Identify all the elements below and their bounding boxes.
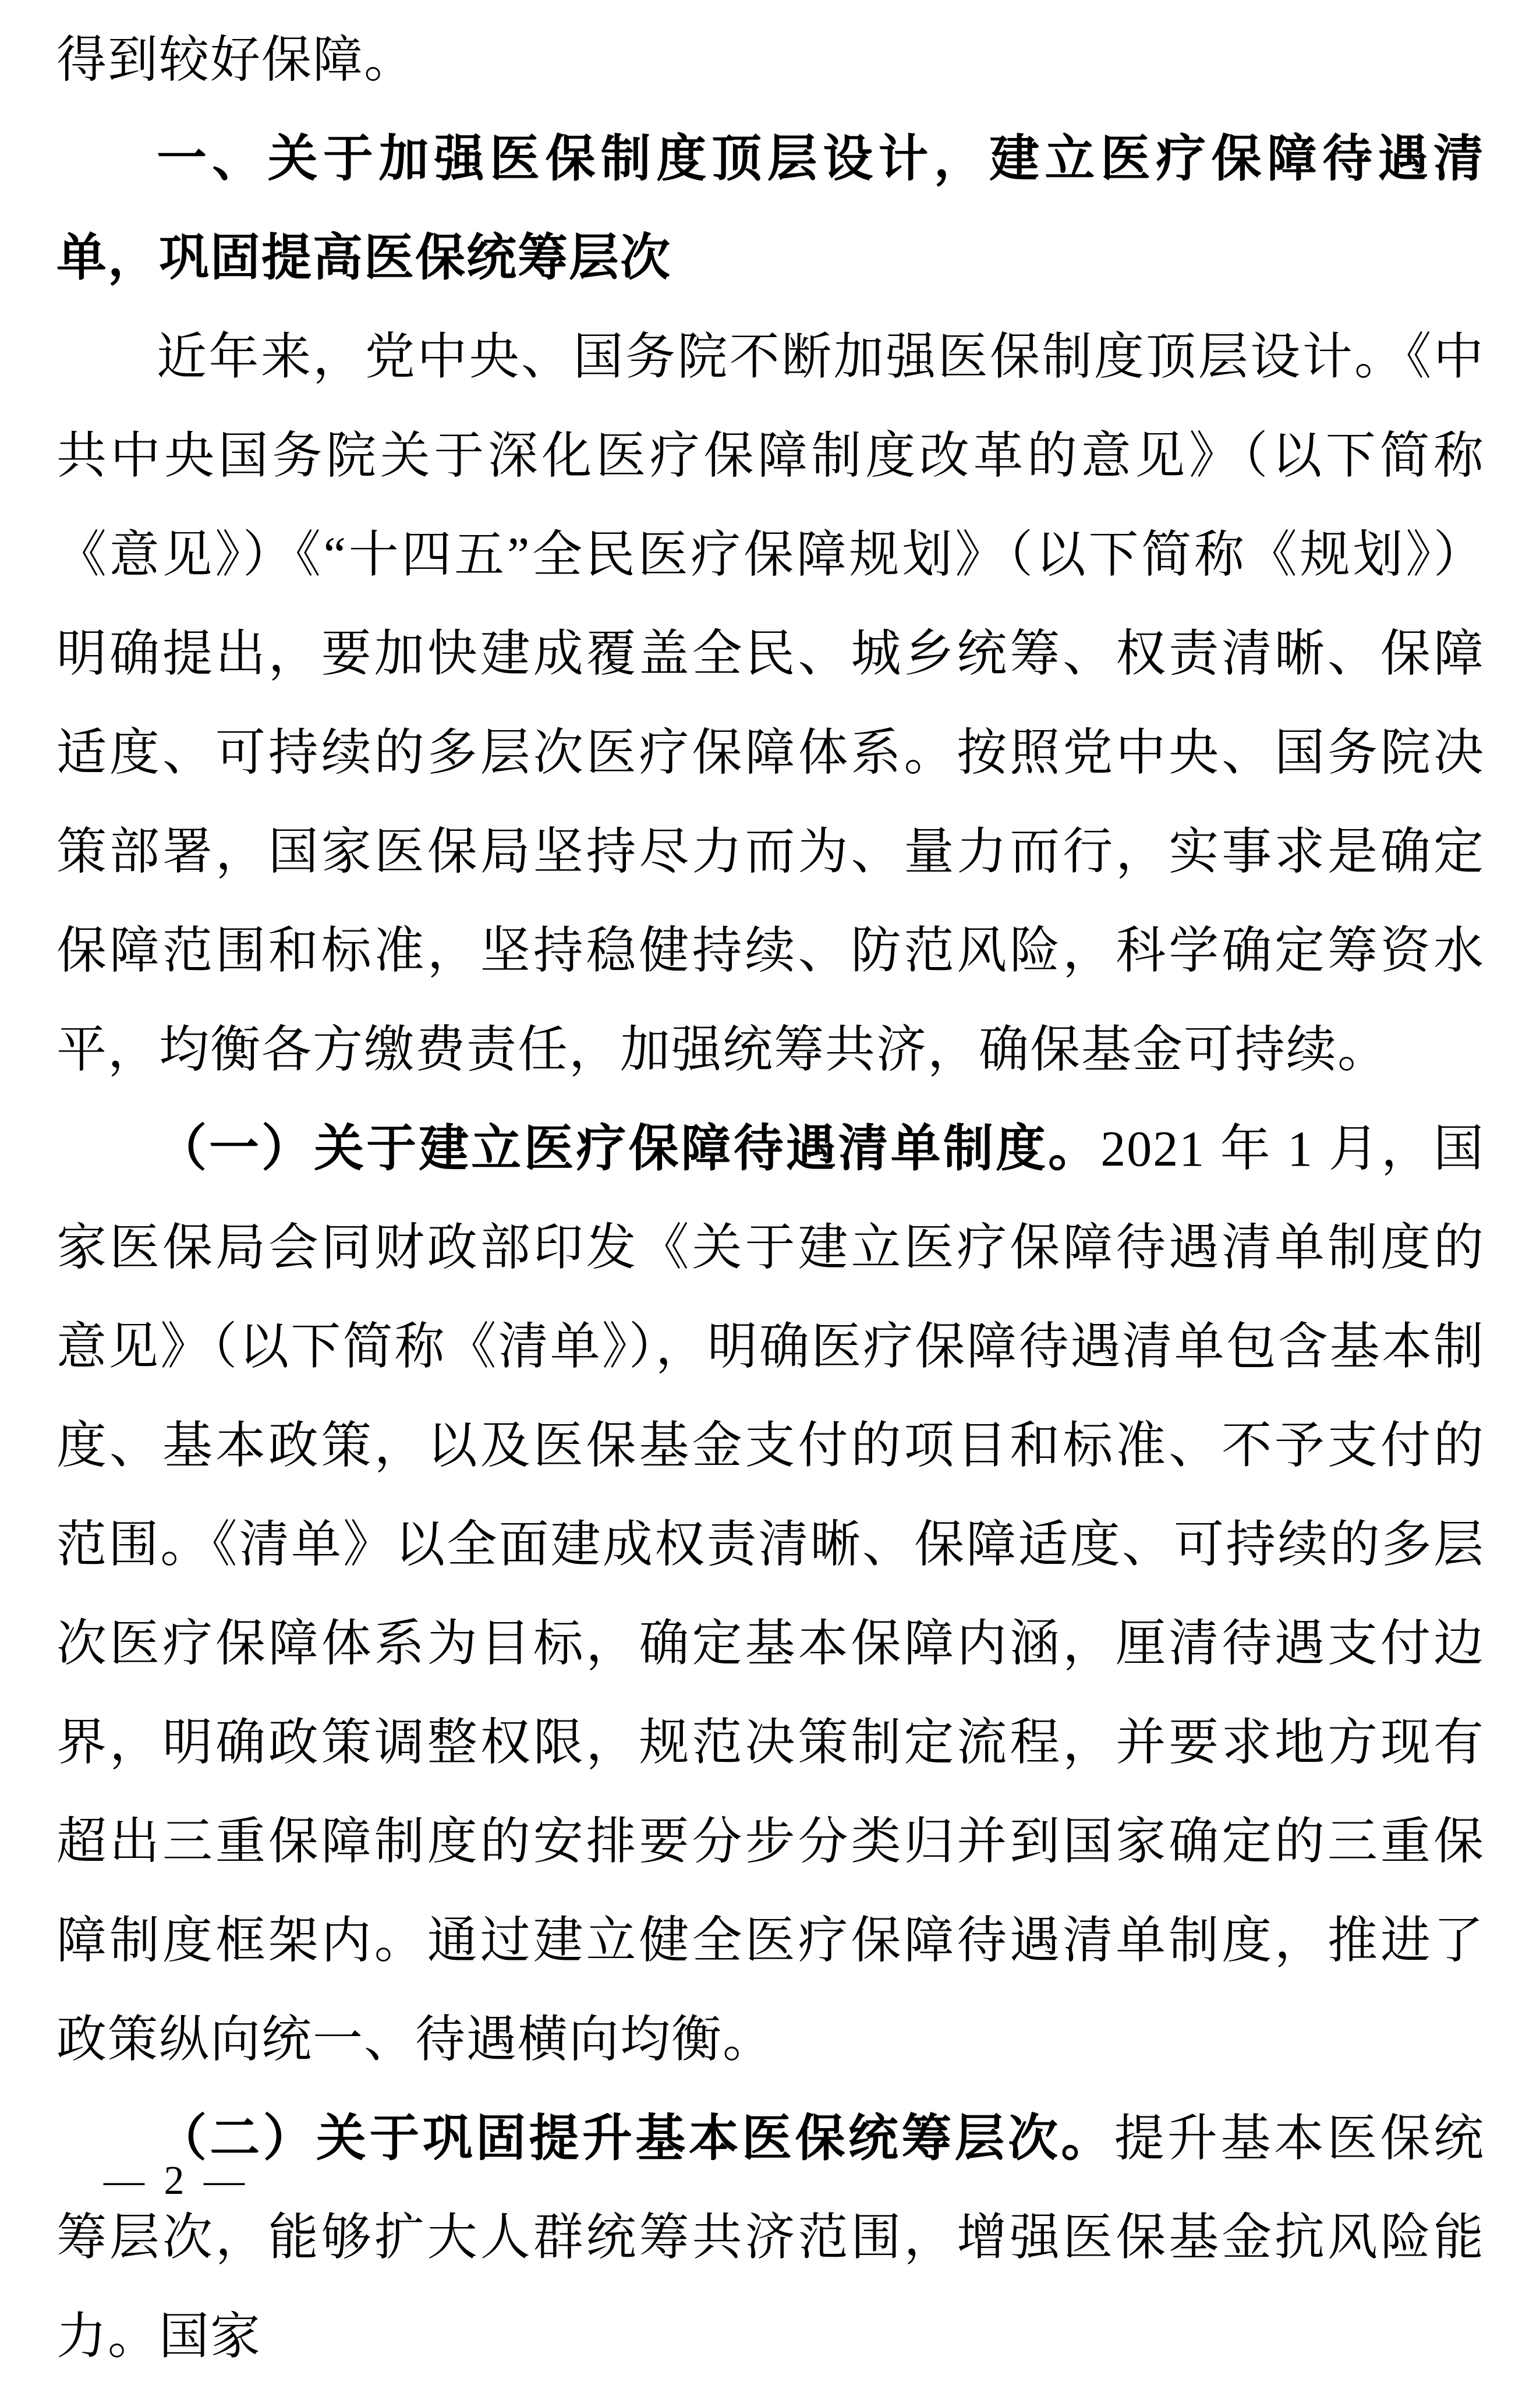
paragraph-item-1: （一）关于建立医疗保障待遇清单制度。2021 年 1 月，国家医保局会同财政部印… xyxy=(56,1099,1485,2089)
paragraph-overview-text: 近年来，党中央、国务院不断加强医保制度顶层设计。《中共中央国务院关于深化医疗保障… xyxy=(56,329,1485,1078)
paragraph-overview: 近年来，党中央、国务院不断加强医保制度顶层设计。《中共中央国务院关于深化医疗保障… xyxy=(56,307,1485,1099)
section-heading: 一、关于加强医保制度顶层设计，建立医疗保障待遇清单，巩固提高医保统筹层次 xyxy=(56,109,1485,307)
page-number: — 2 — xyxy=(104,2154,249,2208)
paragraph-item-1-lead: （一）关于建立医疗保障待遇清单制度。 xyxy=(157,1121,1100,1177)
document-page: 得到较好保障。 一、关于加强医保制度顶层设计，建立医疗保障待遇清单，巩固提高医保… xyxy=(0,0,1540,2234)
paragraph-item-2: （二）关于巩固提升基本医保统筹层次。提升基本医保统筹层次，能够扩大人群统筹共济范… xyxy=(56,2089,1485,2386)
paragraph-item-2-lead: （二）关于巩固提升基本医保统筹层次。 xyxy=(157,2111,1114,2166)
paragraph-item-1-text: 2021 年 1 月，国家医保局会同财政部印发《关于建立医疗保障待遇清单制度的意… xyxy=(56,1121,1485,2068)
continuation-text: 得到较好保障。 xyxy=(56,10,1485,109)
